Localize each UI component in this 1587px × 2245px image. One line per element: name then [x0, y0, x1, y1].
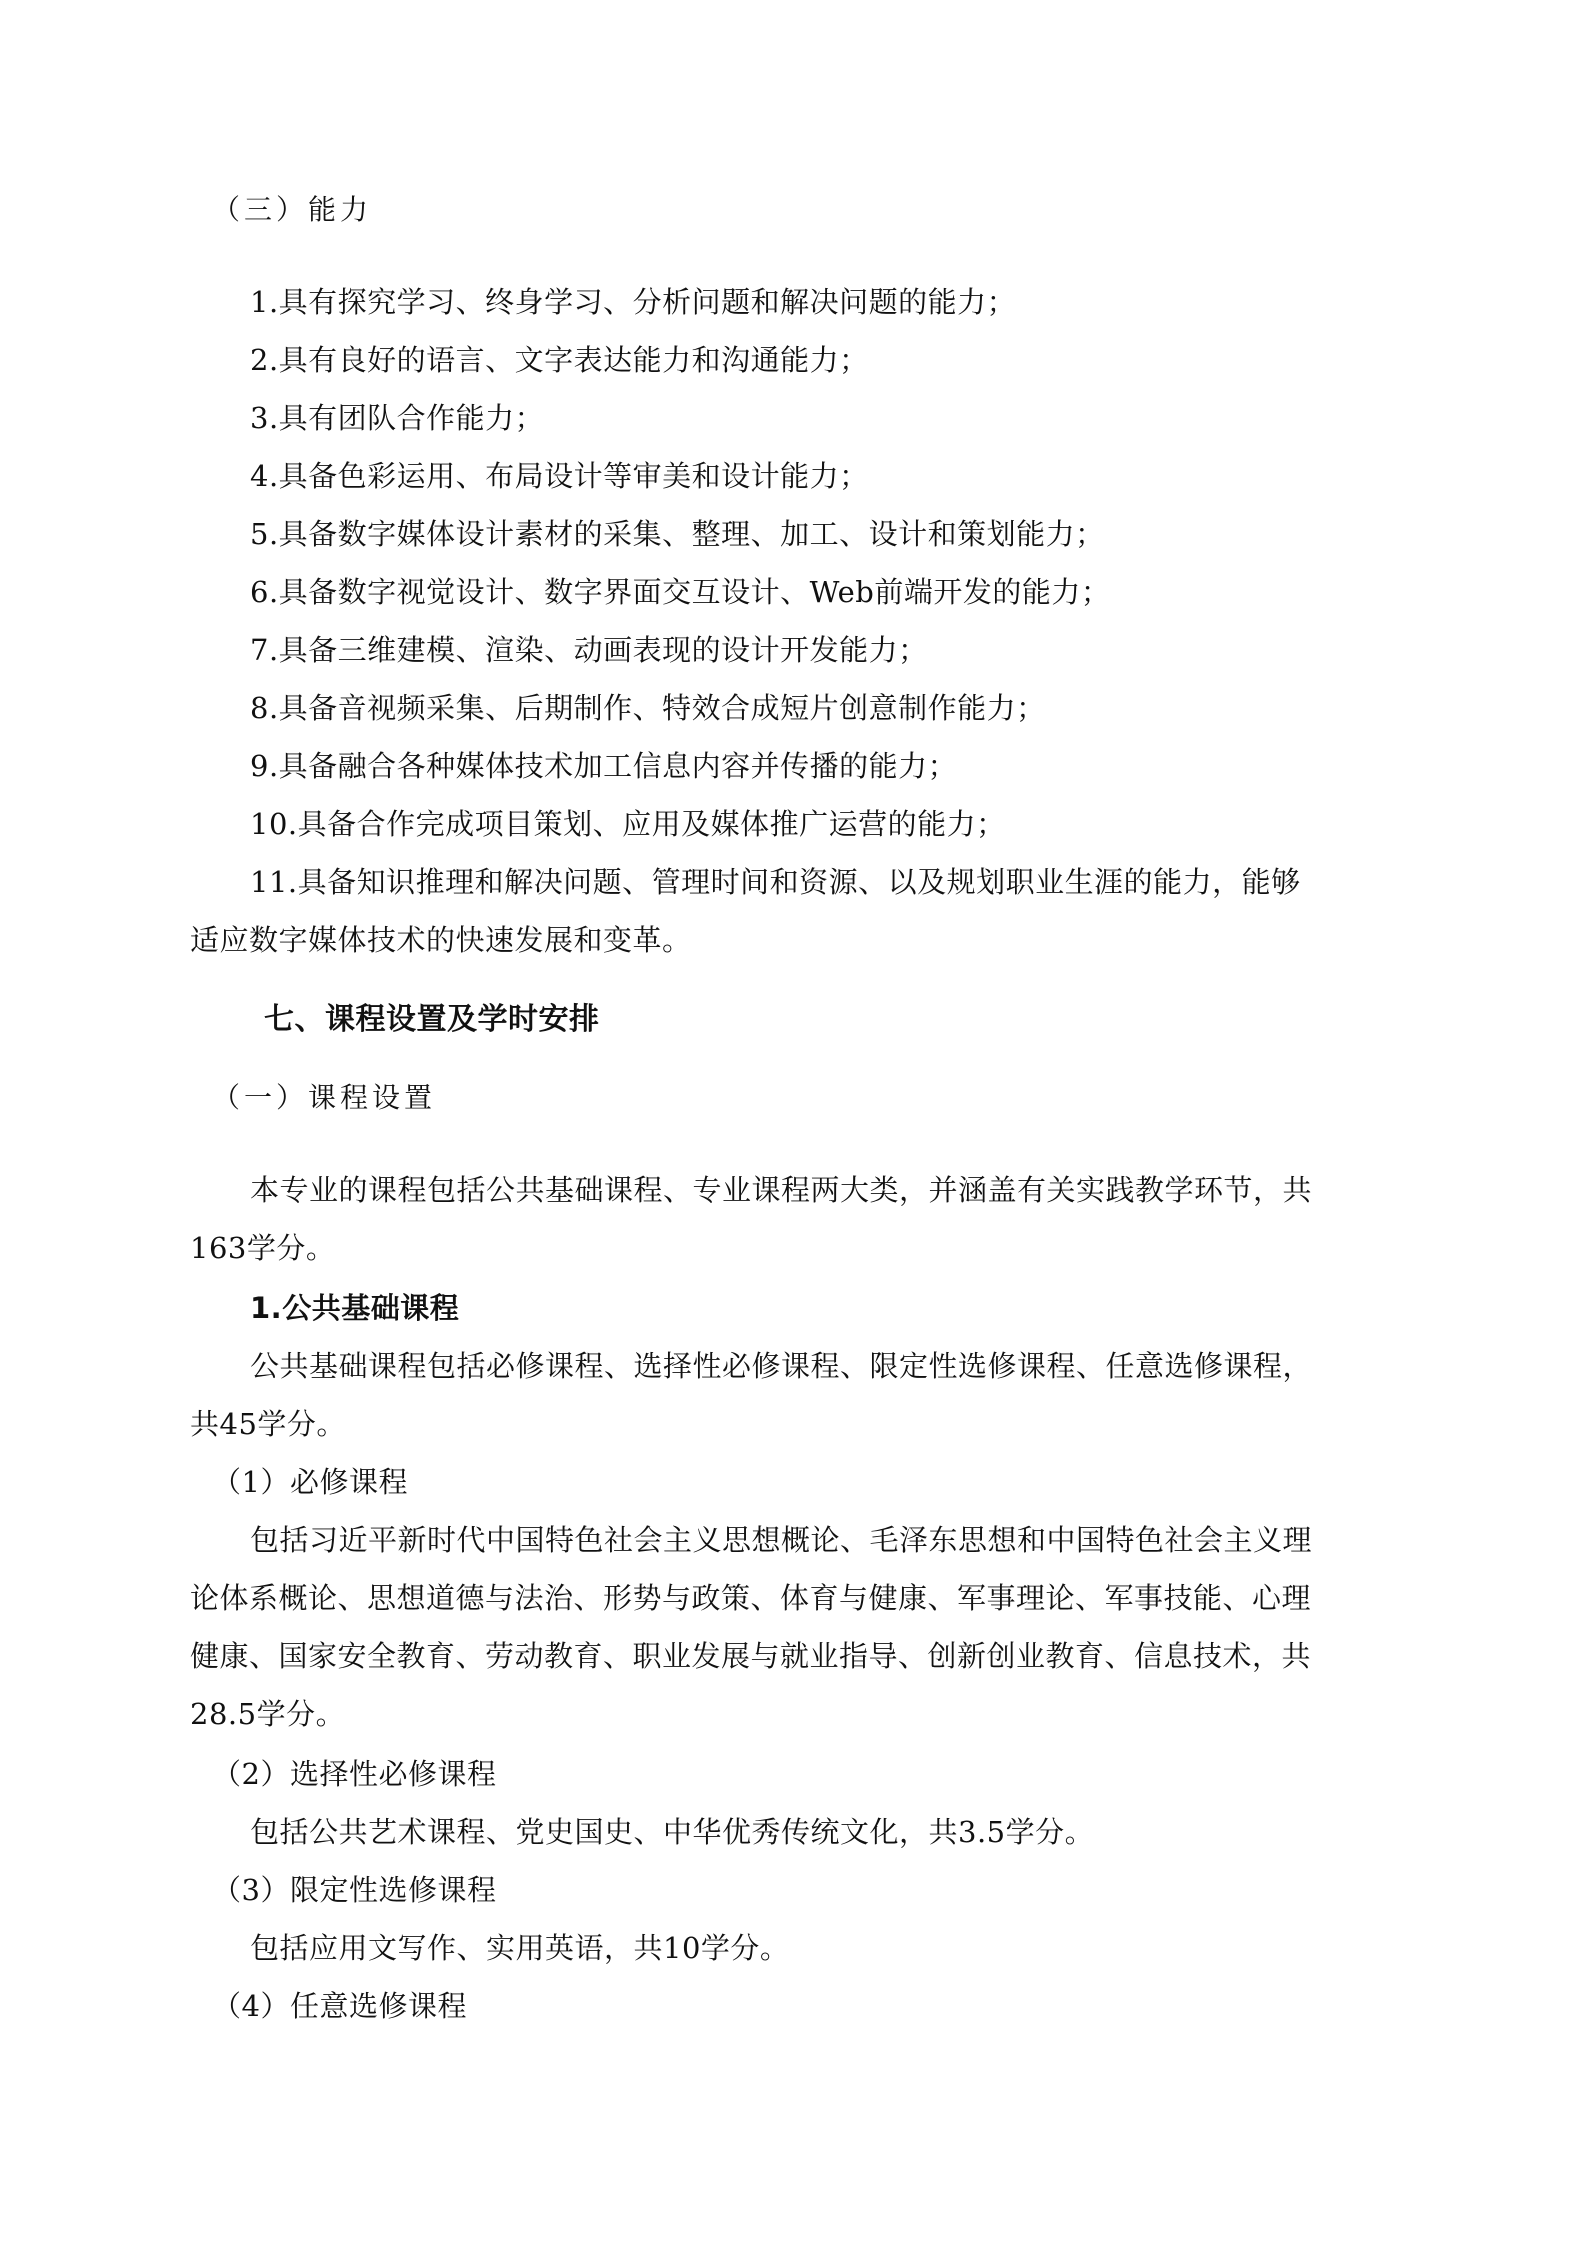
required-line-2: 论体系概论、思想道德与法治、形势与政策、体育与健康、军事理论、军事技能、心理 [190, 1578, 1311, 1618]
required-heading: （1）必修课程 [212, 1462, 408, 1502]
required-line-4: 28.5学分。 [190, 1694, 345, 1734]
intro-line-2: 163学分。 [190, 1228, 335, 1268]
chapter7-heading: 七、课程设置及学时安排 [264, 1000, 600, 1040]
intro-line-1: 本专业的课程包括公共基础课程、专业课程两大类，并涵盖有关实践教学环节，共 [250, 1170, 1312, 1210]
public-basic-heading: 1.公共基础课程 [250, 1288, 459, 1328]
ability-item-8: 8.具备音视频采集、后期制作、特效合成短片创意制作能力； [250, 688, 1046, 728]
ability-item-9: 9.具备融合各种媒体技术加工信息内容并传播的能力； [250, 746, 957, 786]
ability-item-10: 10.具备合作完成项目策划、应用及媒体推广运营的能力； [250, 804, 1006, 844]
ability-item-5: 5.具备数字媒体设计素材的采集、整理、加工、设计和策划能力； [250, 514, 1105, 554]
required-line-1: 包括习近平新时代中国特色社会主义思想概论、毛泽东思想和中国特色社会主义理 [250, 1520, 1312, 1560]
elective-required-heading: （2）选择性必修课程 [212, 1754, 496, 1794]
free-elective-heading: （4）任意选修课程 [212, 1986, 467, 2026]
ability-item-11-line1: 11.具备知识推理和解决问题、管理时间和资源、以及规划职业生涯的能力，能够 [250, 862, 1301, 902]
ability-item-11-line2: 适应数字媒体技术的快速发展和变革。 [190, 920, 692, 960]
public-basic-desc-line1: 公共基础课程包括必修课程、选择性必修课程、限定性选修课程、任意选修课程， [250, 1346, 1312, 1386]
ability-item-3: 3.具有团队合作能力； [250, 398, 544, 438]
required-line-3: 健康、国家安全教育、劳动教育、职业发展与就业指导、创新创业教育、信息技术，共 [190, 1636, 1311, 1676]
public-basic-desc-line2: 共45学分。 [190, 1404, 346, 1444]
course-setup-heading: （一）课程设置 [212, 1078, 436, 1118]
elective-required-line-1: 包括公共艺术课程、党史国史、中华优秀传统文化，共3.5学分。 [250, 1812, 1094, 1852]
limited-elective-heading: （3）限定性选修课程 [212, 1870, 496, 1910]
ability-item-6: 6.具备数字视觉设计、数字界面交互设计、Web前端开发的能力； [250, 572, 1110, 612]
limited-elective-line-1: 包括应用文写作、实用英语，共10学分。 [250, 1928, 789, 1968]
section-heading-abilities: （三）能力 [212, 190, 372, 230]
ability-item-2: 2.具有良好的语言、文字表达能力和沟通能力； [250, 340, 869, 380]
ability-item-7: 7.具备三维建模、渲染、动画表现的设计开发能力； [250, 630, 928, 670]
ability-item-4: 4.具备色彩运用、布局设计等审美和设计能力； [250, 456, 869, 496]
ability-item-1: 1.具有探究学习、终身学习、分析问题和解决问题的能力； [250, 282, 1016, 322]
